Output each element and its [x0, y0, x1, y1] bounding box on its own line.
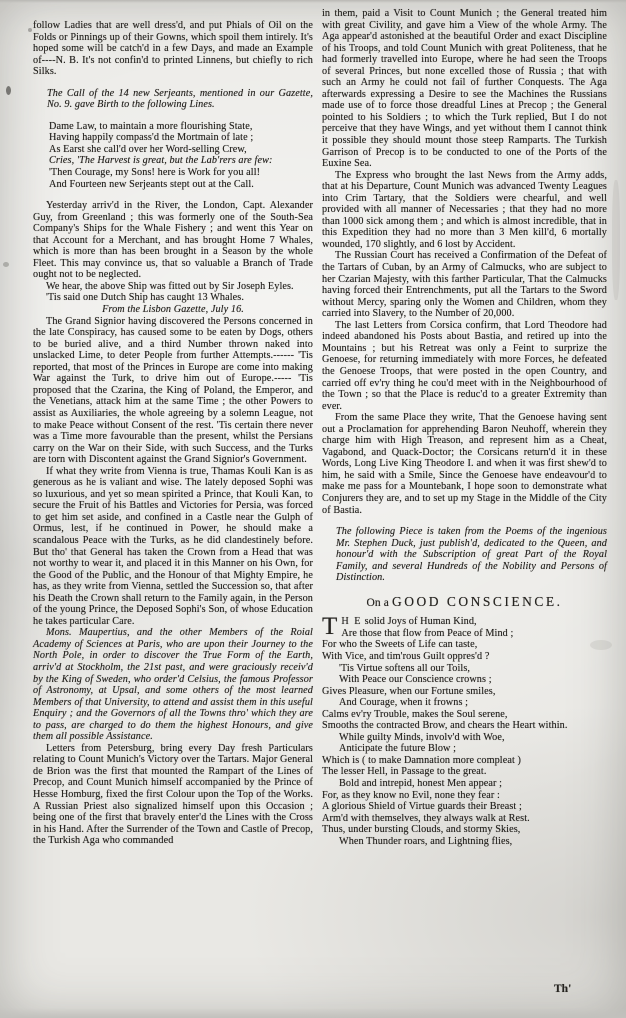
poem-line: Calms ev'ry Trouble, makes the Soul sere… [322, 709, 607, 721]
para-dutch-ship-whales: 'Tis said one Dutch Ship has caught 13 W… [33, 292, 313, 304]
scan-smudge [28, 28, 32, 32]
scan-smudge [3, 262, 9, 267]
poem-line: Smooths the contracted Brow, and chears … [322, 720, 607, 732]
poem-line: 'Tis Virtue softens all our Toils, [322, 663, 607, 675]
para-maupertius-expedition: Mons. Maupertius, and the other Members … [33, 627, 313, 742]
poem-line: Anticipate the future Blow ; [322, 743, 607, 755]
poem-line: Arm'd with themselves, they always walk … [322, 813, 607, 825]
poem-line: Which is ( to make Damnation more comple… [322, 755, 607, 767]
scan-edge-top [0, 0, 626, 3]
poem-line: When Thunder roars, and Lightning flies, [322, 836, 607, 848]
poem-heading-prefix: On a [367, 597, 392, 609]
poem-line: For, as they know no Evil, none they fea… [322, 790, 607, 802]
verse-line: 'Then Courage, my Sons! here is Work for… [49, 167, 313, 179]
verse-line: As Earst she call'd over her Word-sellin… [49, 144, 313, 156]
para-russian-court-calmucks: The Russian Court has received a Confirm… [322, 250, 607, 319]
poem-line: A glorious Shield of Virtue guards their… [322, 801, 607, 813]
scan-smudge [6, 86, 11, 95]
section-heading-serjeants-call: The Call of the 14 new Serjeants, mentio… [33, 88, 313, 111]
poem-line: And Courage, when it frowns ; [322, 697, 607, 709]
para-kouli-kan-vienna: If what they write from Vienna is true, … [33, 466, 313, 628]
para-corsica-lord-theodore: The last Letters from Corsica confirm, t… [322, 320, 607, 412]
verse-line: And Fourteen new Serjeants stept out at … [49, 179, 313, 191]
right-column: in them, paid a Visit to Count Munich ; … [322, 8, 607, 847]
para-genoese-proclamation: From the same Place they write, That the… [322, 412, 607, 516]
poem-line: Gives Pleasure, when our Fortune smiles, [322, 686, 607, 698]
para-stephen-duck-intro: The following Piece is taken from the Po… [322, 526, 607, 584]
poem-line: The lesser Hell, in Passage to the great… [322, 766, 607, 778]
left-column: follow Ladies that are well dress'd, and… [33, 20, 313, 847]
para-aga-count-munich: in them, paid a Visit to Count Munich ; … [322, 8, 607, 170]
poem-heading: On a GOOD CONSCIENCE. [322, 596, 607, 610]
poem-line: Are those that flow from Peace of Mind ; [322, 628, 607, 640]
poem-first-caps: H E [341, 616, 362, 627]
poem-first-line-text: solid Joys of Human Kind, [362, 616, 477, 627]
verse-line: Dame Law, to maintain a more flourishing… [49, 121, 313, 133]
scan-edge-bottom [0, 1008, 626, 1018]
poem-line: Thus, under bursting Clouds, and stormy … [322, 824, 607, 836]
poem-drop-cap: T [322, 616, 341, 637]
verse-line: Having happily compass'd the Mortmain of… [49, 132, 313, 144]
para-sir-joseph-eyles: We hear, the above Ship was fitted out b… [33, 281, 313, 293]
poem-line: For who the Sweets of Life can taste, [322, 639, 607, 651]
poem-line: With Vice, and tim'rous Guilt oppres'd ? [322, 651, 607, 663]
para-petersburg-letters: Letters from Petersburg, bring every Day… [33, 743, 313, 847]
poem-line: While guilty Minds, involv'd with Woe, [322, 732, 607, 744]
poem-heading-caps: GOOD CONSCIENCE. [392, 594, 563, 609]
para-grand-signior: The Grand Signior having discovered the … [33, 316, 313, 466]
verse-line: Cries, 'The Harvest is great, but the La… [49, 155, 313, 167]
dateline-lisbon-gazette: From the Lisbon Gazette, July 16. [33, 304, 313, 316]
poem-line-first: TH E solid Joys of Human Kind, [322, 616, 607, 628]
poem-line: With Peace our Conscience crowns ; [322, 674, 607, 686]
para-ladies-oil: follow Ladies that are well dress'd, and… [33, 20, 313, 78]
verse-dame-law: Dame Law, to maintain a more flourishing… [49, 121, 313, 190]
scan-smudge [612, 180, 620, 300]
para-express-army-news: The Express who brought the last News fr… [322, 170, 607, 251]
para-whale-ship-london: Yesterday arriv'd in the River, the Lond… [33, 200, 313, 281]
poem-line: Bold and intrepid, honest Men appear ; [322, 778, 607, 790]
catchword: Th' [554, 983, 571, 995]
newspaper-page-scan: follow Ladies that are well dress'd, and… [0, 0, 626, 1018]
poem-good-conscience: TH E solid Joys of Human Kind, Are those… [322, 616, 607, 847]
